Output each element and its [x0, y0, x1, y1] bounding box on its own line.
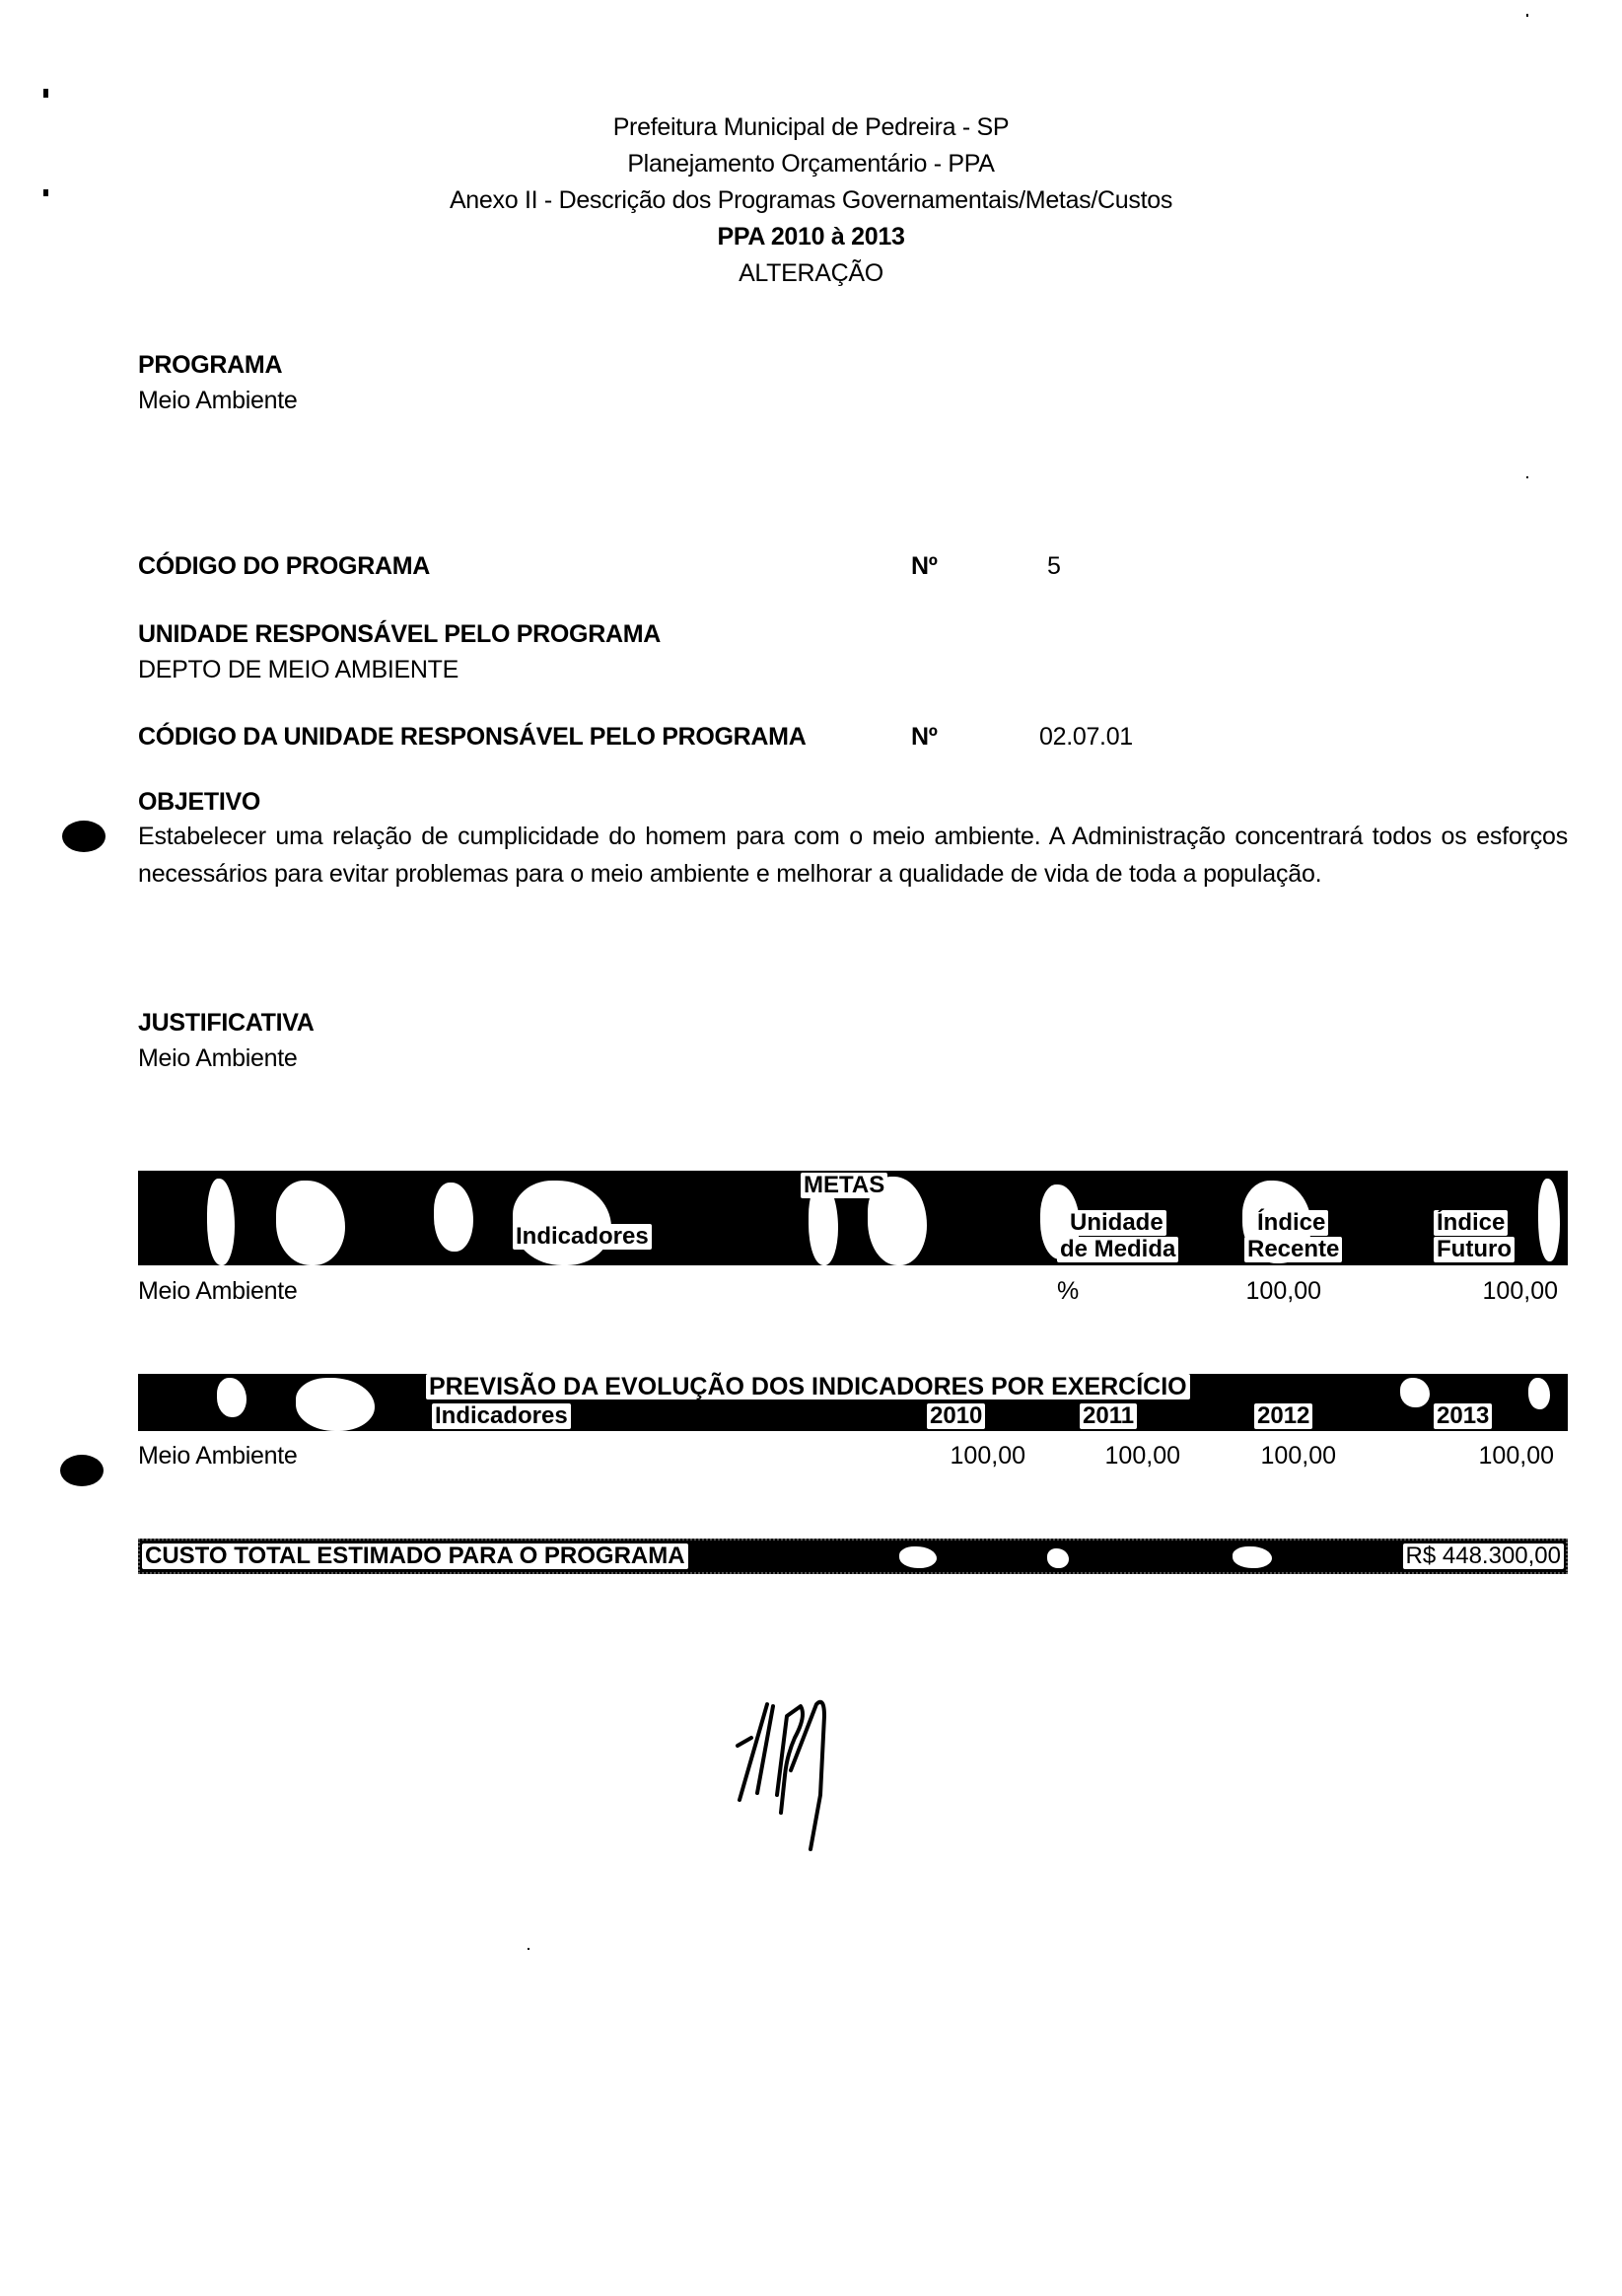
header-ppa-period: PPA 2010 à 2013 [0, 222, 1622, 251]
previsao-row-2010: 100,00 [887, 1441, 1025, 1471]
metas-col-recente-2: Recente [1244, 1237, 1342, 1262]
punch-hole [60, 1455, 104, 1486]
objetivo-label: OBJETIVO [138, 787, 260, 817]
metas-col-futuro-2: Futuro [1434, 1237, 1515, 1262]
previsao-col-indicadores: Indicadores [432, 1403, 571, 1429]
justificativa-value: Meio Ambiente [138, 1043, 297, 1073]
programa-label: PROGRAMA [138, 350, 282, 380]
codigo-programa-value: 5 [1047, 551, 1061, 581]
scan-mark [43, 89, 48, 98]
previsao-row-2011: 100,00 [1042, 1441, 1180, 1471]
codigo-unidade-no-label: Nº [911, 722, 938, 752]
metas-col-indicadores: Indicadores [513, 1224, 652, 1250]
previsao-row-indicador: Meio Ambiente [138, 1441, 297, 1471]
header-annex: Anexo II - Descrição dos Programas Gover… [0, 185, 1622, 215]
previsao-col-2011: 2011 [1080, 1403, 1137, 1429]
metas-col-unidade-1: Unidade [1067, 1210, 1166, 1236]
signature-icon [730, 1677, 907, 1874]
custo-total-label: CUSTO TOTAL ESTIMADO PARA O PROGRAMA [142, 1543, 688, 1569]
previsao-title: PREVISÃO DA EVOLUÇÃO DOS INDICADORES POR… [426, 1374, 1190, 1399]
previsao-col-2010: 2010 [927, 1403, 985, 1429]
header-alteration: ALTERAÇÃO [0, 258, 1622, 288]
metas-row-indicador: Meio Ambiente [138, 1276, 297, 1306]
justificativa-label: JUSTIFICATIVA [138, 1008, 315, 1038]
previsao-header-band: PREVISÃO DA EVOLUÇÃO DOS INDICADORES POR… [138, 1374, 1568, 1431]
previsao-row-2013: 100,00 [1416, 1441, 1554, 1471]
custo-total-value: R$ 448.300,00 [1403, 1543, 1564, 1569]
scan-mark [1526, 14, 1528, 17]
codigo-programa-label: CÓDIGO DO PROGRAMA [138, 551, 430, 581]
scan-mark [528, 1948, 529, 1950]
programa-value: Meio Ambiente [138, 386, 297, 415]
metas-col-futuro-1: Índice [1434, 1210, 1508, 1236]
custo-total-band: CUSTO TOTAL ESTIMADO PARA O PROGRAMA R$ … [138, 1539, 1568, 1574]
previsao-row-2012: 100,00 [1198, 1441, 1336, 1471]
unidade-responsavel-label: UNIDADE RESPONSÁVEL PELO PROGRAMA [138, 619, 661, 649]
header-municipality: Prefeitura Municipal de Pedreira - SP [0, 112, 1622, 142]
metas-col-recente-1: Índice [1254, 1210, 1328, 1236]
scan-mark [1526, 476, 1528, 478]
metas-row-unidade: % [1057, 1276, 1079, 1306]
objetivo-text: Estabelecer uma relação de cumplicidade … [138, 819, 1568, 893]
metas-header-band: METAS Indicadores Unidade de Medida Índi… [138, 1171, 1568, 1265]
codigo-unidade-value: 02.07.01 [1039, 722, 1133, 752]
previsao-col-2013: 2013 [1434, 1403, 1492, 1429]
header-planning: Planejamento Orçamentário - PPA [0, 149, 1622, 179]
metas-row-indice-futuro: 100,00 [1420, 1276, 1558, 1306]
previsao-col-2012: 2012 [1254, 1403, 1312, 1429]
punch-hole [62, 821, 106, 852]
metas-title: METAS [801, 1173, 887, 1198]
unidade-responsavel-value: DEPTO DE MEIO AMBIENTE [138, 655, 458, 684]
codigo-unidade-label: CÓDIGO DA UNIDADE RESPONSÁVEL PELO PROGR… [138, 722, 806, 752]
codigo-programa-no-label: Nº [911, 551, 938, 581]
metas-row-indice-recente: 100,00 [1183, 1276, 1321, 1306]
metas-col-unidade-2: de Medida [1057, 1237, 1178, 1262]
